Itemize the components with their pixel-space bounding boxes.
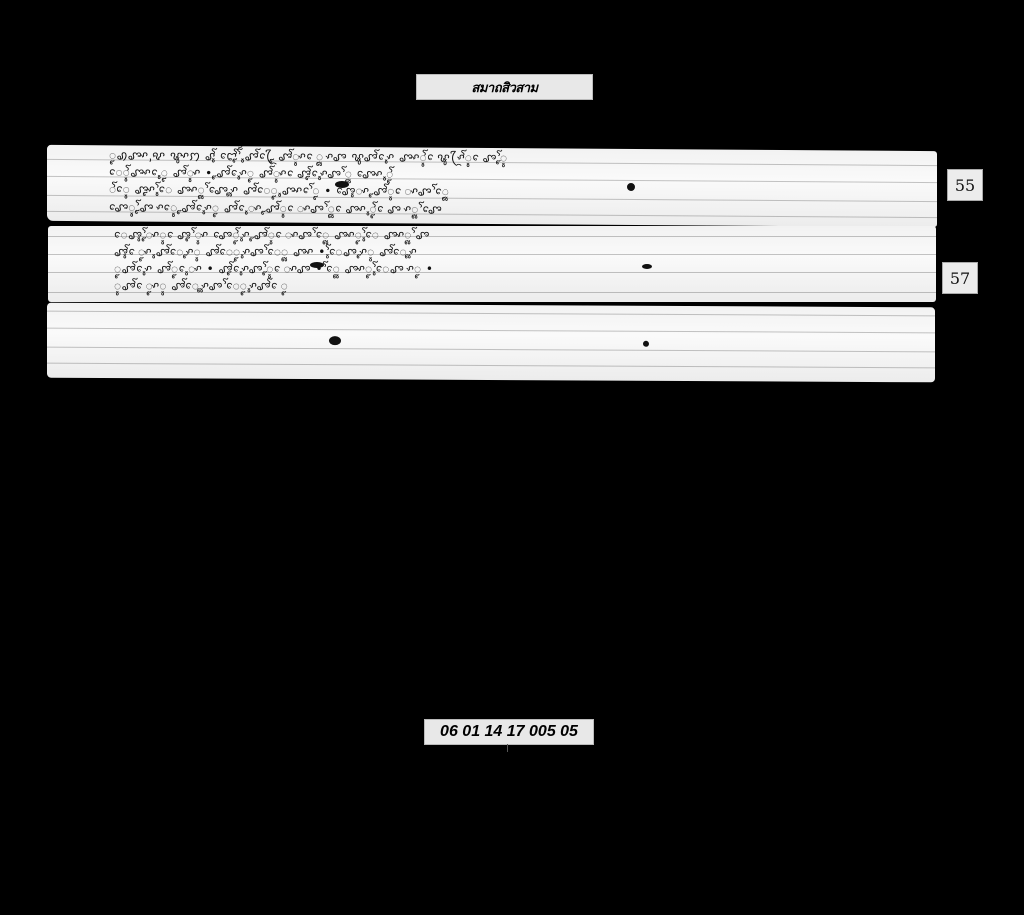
script-line: ꨱꨶꨯ ꨨꨵꨳ ꨶꨱꨯ ꨨꨳꨵꨶ ꨱꨨꨯ ꨵꨶꨳ ꨨꨱꨯꨵ ꨶꨨꨳ ꨯꨱꨵ • … — [109, 181, 449, 200]
label-tick-mark — [507, 744, 508, 752]
script-line: ꨯꨨꨶ ꨵꨱꨳꨶ ꨯꨨꨵ ꨱꨶꨳ ꨨꨯꨵꨱ ꨶꨳ ꨵꨨꨱꨶ ꨯꨳꨨ ꨱꨵꨶꨯ ꨨ… — [114, 227, 430, 244]
manuscript-id-label: 06 01 14 17 005 05 — [424, 719, 594, 745]
string-hole — [627, 183, 635, 191]
leaf-grain-line — [47, 347, 935, 353]
string-hole — [329, 336, 341, 345]
leaf-grain-line — [47, 328, 935, 334]
collection-title-text: สมาถสิวสาม — [471, 77, 537, 98]
script-line: ꨨꨶꨱ ꨯꨵꨳ ꨶꨨꨱꨯ ꨵꨳꨶ ꨨꨱꨯꨵ ꨶꨳꨨ ꨱꨯꨵꨶ ꨨꨳ • ꨶꨱꨯꨨ… — [114, 244, 417, 261]
script-line: ꨨꨯꨶ ꨵꨱꨨ ꨳꨶꨯ ꨵꨨꨱ ꨶꨳꨯꨵ ꨨꨱ ꨶꨯꨳ ꨵꨨꨱꨶ ꨯꨳꨨ ꨱꨵꨶ… — [109, 199, 442, 218]
script-line: ꨯꨶꨱꨨꨳ ꨶꨯꨵ ꨨꨱꨶꨳ • ꨵꨨꨱ ꨶꨳꨯꨵ ꨨꨱꨶꨳ ꨯꨨꨵꨱ ꨶꨳꨯꨨ… — [109, 164, 394, 183]
string-hole — [335, 181, 349, 188]
string-hole — [643, 341, 649, 347]
string-hole — [310, 262, 324, 268]
collection-title-label: สมาถสิวสาม — [416, 74, 593, 100]
script-line: ꨶꨨꨱ ꨯꨵꨳꨶ ꨨꨱꨯ ꨵꨶꨳꨨ ꨱꨯꨵ ꨶꨳꨨꨱ ꨯꨵ — [114, 278, 288, 295]
page-number-text: 57 — [950, 269, 970, 288]
leaf-grain-line — [47, 363, 935, 369]
string-hole — [642, 264, 652, 269]
palm-leaf-page-55: ꨵꩉꨨꨳ ꨲꨦ ꨡꨳꩀ ꨣꨶꨱ ꨤꨵꨯꨱ ꨱꨮ ꨶꨨꨱ ꨴꨵꨯ ꨨꨱꨶꨳ ꨯꨵꨶ… — [47, 145, 937, 227]
page-number-text: 55 — [955, 176, 975, 195]
palm-leaf-page-57: ꨯꨨꨶ ꨵꨱꨳꨶ ꨯꨨꨵ ꨱꨶꨳ ꨨꨯꨵꨱ ꨶꨳ ꨵꨨꨱꨶ ꨯꨳꨨ ꨱꨵꨶꨯ ꨨ… — [48, 226, 936, 302]
leaf-grain-line — [47, 311, 935, 317]
page-number-label: 55 — [947, 169, 983, 201]
manuscript-id-text: 06 01 14 17 005 05 — [440, 723, 578, 741]
script-line: ꨵꨨꨱ ꨶꨳꨯ ꨨꨱꨵ ꨶꨯꨳ • ꨨꨵꨱ ꨶꨳꨯꨨ ꨵꨱꨶ ꨯꨳꨨ • ꨱꨵꨶ… — [114, 261, 433, 278]
palm-leaf-blank — [47, 303, 935, 383]
page-number-label: 57 — [942, 262, 978, 294]
